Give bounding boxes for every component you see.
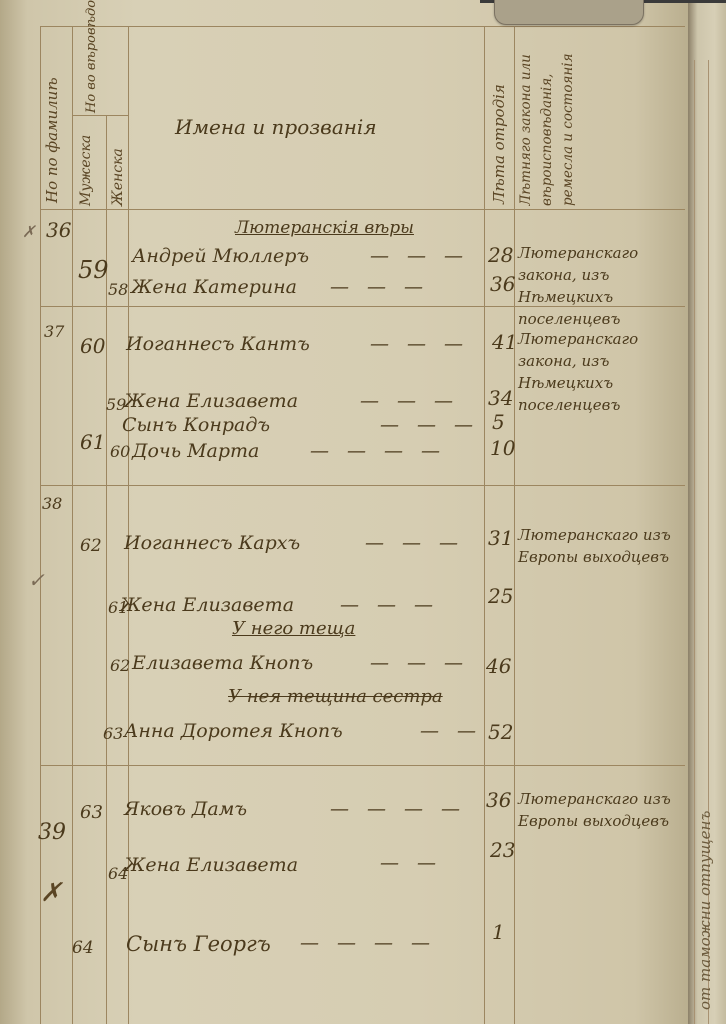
entry-separator	[40, 485, 685, 486]
person-name: Сынъ Конрадъ	[122, 414, 270, 436]
header-age: Лѣта отродія	[490, 34, 508, 204]
person-name: Елизавета Кнопъ	[132, 652, 313, 674]
person-name: Андрей Мюллеръ	[132, 245, 309, 267]
dash-filler: ———	[380, 414, 491, 436]
male-number: 64	[72, 938, 94, 958]
margin-mark: ✓	[28, 568, 45, 592]
male-number: 60	[80, 334, 105, 358]
margin-mark: ✗	[40, 878, 62, 908]
dash-filler: ———	[360, 390, 471, 412]
header-bottom-rule	[40, 209, 685, 210]
column-rule	[40, 26, 41, 1024]
female-number: 62	[110, 656, 130, 675]
person-age: 46	[486, 654, 511, 678]
household-number: 38	[42, 494, 62, 513]
column-rule	[72, 26, 73, 1024]
entry-separator	[40, 765, 685, 766]
male-number: 62	[80, 536, 102, 556]
dash-filler: ———	[370, 652, 481, 674]
header-female: Женска	[110, 118, 126, 206]
person-age: 31	[488, 526, 513, 550]
header-sub-rule	[72, 115, 128, 116]
household-note: Лютеранскаго закона, изъ Нѣмецкихъ посел…	[518, 328, 683, 416]
header-notes: Лѣтняго закона или вѣроисповѣданія, реме…	[516, 34, 684, 206]
dash-filler: ————	[310, 440, 458, 462]
female-number: 60	[110, 442, 130, 461]
person-age: 10	[490, 436, 515, 460]
male-number: 59	[78, 256, 109, 284]
person-age: 28	[488, 243, 513, 267]
household-number: 39	[38, 820, 66, 845]
dash-filler: ———	[330, 276, 441, 298]
column-rule	[484, 26, 485, 1024]
column-rule	[514, 26, 515, 1024]
person-age: 36	[486, 788, 511, 812]
person-age: 25	[488, 584, 513, 608]
dash-filler: ——	[380, 852, 454, 874]
household-note: Лютеранскаго изъ Европы выходцевъ	[518, 524, 683, 568]
person-age: 1	[492, 920, 505, 944]
header-male: Мужеска	[78, 118, 94, 206]
header-names: Имена и прозванія	[175, 115, 377, 139]
margin-mark: ✗	[22, 222, 35, 241]
person-age: 34	[488, 386, 513, 410]
household-number: 36	[46, 218, 71, 242]
person-age: 36	[490, 272, 515, 296]
dash-filler: ————	[330, 798, 478, 820]
household-number: 37	[44, 322, 64, 341]
header-numbers-group: Но во вѣровѣдомо	[84, 28, 99, 113]
person-name: Иоганнесъ Кархъ	[124, 532, 300, 554]
person-name: Жена Елизавета	[124, 390, 298, 412]
person-name: Жена Катерина	[131, 276, 297, 298]
female-number: 63	[103, 724, 123, 743]
column-rule	[106, 115, 107, 1024]
person-age: 5	[492, 410, 505, 434]
header-household-no: Но по фамилиѣ	[43, 28, 61, 203]
household-note: Лютеранскаго закона, изъ Нѣмецкихъ посел…	[518, 242, 683, 330]
relation-annotation: У нея тещина сестра	[228, 686, 443, 707]
dash-filler: ———	[370, 245, 481, 267]
household-note: Лютеранскаго изъ Европы выходцевъ	[518, 788, 683, 832]
male-number: 63	[80, 802, 103, 823]
adjacent-page-text: от таможни отпущенъ	[696, 330, 714, 1010]
dash-filler: ———	[370, 333, 481, 355]
register-page: Но по фамилиѣ Но во вѣровѣдомо Мужеска Ж…	[0, 0, 690, 1024]
dash-filler: ——	[420, 720, 494, 742]
person-name: Жена Елизавета	[124, 854, 298, 876]
person-name: Анна Доротея Кнопъ	[124, 720, 343, 742]
person-age: 52	[488, 720, 513, 744]
person-name: Иоганнесъ Кантъ	[126, 333, 310, 355]
header-top-rule	[40, 26, 685, 27]
dash-filler: ———	[365, 532, 476, 554]
dash-filler: ————	[300, 932, 448, 954]
female-number: 58	[108, 280, 128, 299]
person-name: Жена Елизавета	[120, 594, 294, 616]
male-number: 61	[80, 430, 105, 454]
person-name: Яковъ Дамъ	[124, 798, 247, 820]
religion-annotation: Лютеранскія вѣры	[235, 218, 414, 238]
adjacent-page-edge: от таможни отпущенъ	[688, 0, 726, 1024]
index-tab	[494, 0, 644, 25]
relation-annotation: У него теща	[232, 618, 355, 639]
dash-filler: ———	[340, 594, 451, 616]
person-name: Дочь Марта	[132, 440, 259, 462]
person-age: 23	[490, 838, 515, 862]
person-name: Сынъ Георгъ	[126, 932, 271, 956]
person-age: 41	[492, 330, 517, 354]
